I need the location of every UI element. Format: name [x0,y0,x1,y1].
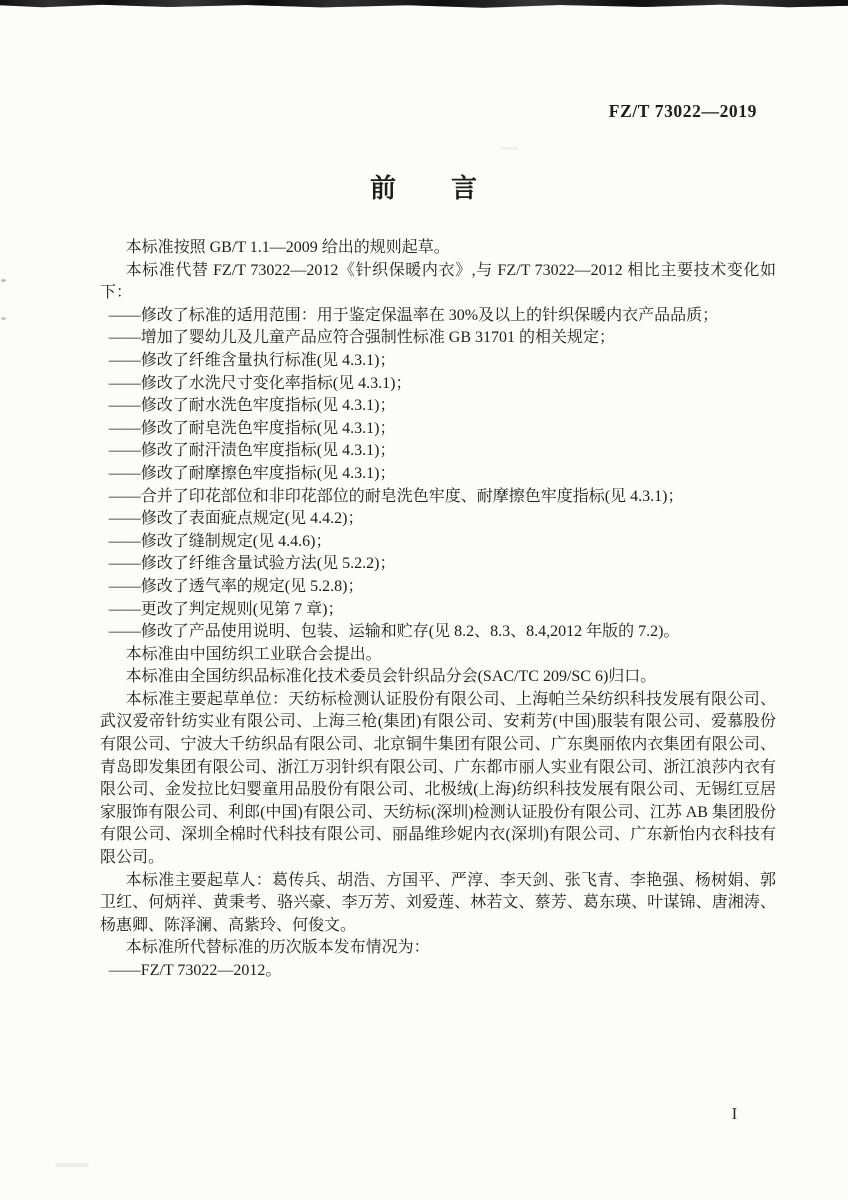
document-page: FZ/T 73022—2019 前 言 本标准按照 GB/T 1.1—2009 … [0,0,848,1200]
scan-noise [1,279,6,282]
change-list-item: ——修改了耐水洗色牢度指标(见 4.3.1)； [100,395,776,418]
change-list-item: ——修改了透气率的规定(见 5.2.8)； [100,576,776,599]
scan-noise [55,1163,89,1167]
change-list-item: ——FZ/T 73022—2012。 [100,960,776,983]
foreword-title: 前 言 [0,168,848,205]
change-list-item: ——修改了耐汗渍色牢度指标(见 4.3.1)； [100,440,776,463]
change-list-item: ——增加了婴幼儿及儿童产品应符合强制性标准 GB 31701 的相关规定； [100,327,776,350]
paragraph: 本标准按照 GB/T 1.1—2009 给出的规则起草。 [100,237,776,260]
change-list-item: ——合并了印花部位和非印花部位的耐皂洗色牢度、耐摩擦色牢度指标(见 4.3.1)… [100,486,776,509]
paragraph: 本标准由全国纺织品标准化技术委员会针织品分会(SAC/TC 209/SC 6)归… [100,666,776,689]
change-list-item: ——修改了耐摩擦色牢度指标(见 4.3.1)； [100,463,776,486]
change-list-item: ——更改了判定规则(见第 7 章)； [100,599,776,622]
paragraph: 本标准主要起草人：葛传兵、胡浩、方国平、严淳、李天剑、张飞青、李艳强、杨树娟、郭… [100,870,776,938]
change-list-item: ——修改了水洗尺寸变化率指标(见 4.3.1)； [100,373,776,396]
page-header: FZ/T 73022—2019 [0,101,757,122]
change-list-item: ——修改了纤维含量试验方法(见 5.2.2)； [100,553,776,576]
foreword-body: 本标准按照 GB/T 1.1—2009 给出的规则起草。本标准代替 FZ/T 7… [100,237,776,983]
paragraph: 本标准主要起草单位：天纺标检测认证股份有限公司、上海帕兰朵纺织科技发展有限公司、… [100,689,776,870]
change-list-item: ——修改了标准的适用范围：用于鉴定保温率在 30%及以上的针织保暖内衣产品品质； [100,305,776,328]
paragraph: 本标准所代替标准的历次版本发布情况为： [100,937,776,960]
scan-noise [1,317,6,320]
change-list-item: ——修改了耐皂洗色牢度指标(见 4.3.1)； [100,418,776,441]
change-list-item: ——修改了纤维含量执行标准(见 4.3.1)； [100,350,776,373]
change-list-item: ——修改了缝制规定(见 4.4.6)； [100,531,776,554]
change-list-item: ——修改了表面疵点规定(见 4.4.2)； [100,508,776,531]
scan-edge-artifact [0,0,848,10]
change-list-item: ——修改了产品使用说明、包装、运输和贮存(见 8.2、8.3、8.4,2012 … [100,621,776,644]
scan-noise [500,147,518,150]
paragraph: 本标准代替 FZ/T 73022—2012《针织保暖内衣》,与 FZ/T 730… [100,260,776,305]
paragraph: 本标准由中国纺织工业联合会提出。 [100,644,776,667]
standard-code: FZ/T 73022—2019 [609,101,757,121]
page-number: I [700,1104,770,1124]
